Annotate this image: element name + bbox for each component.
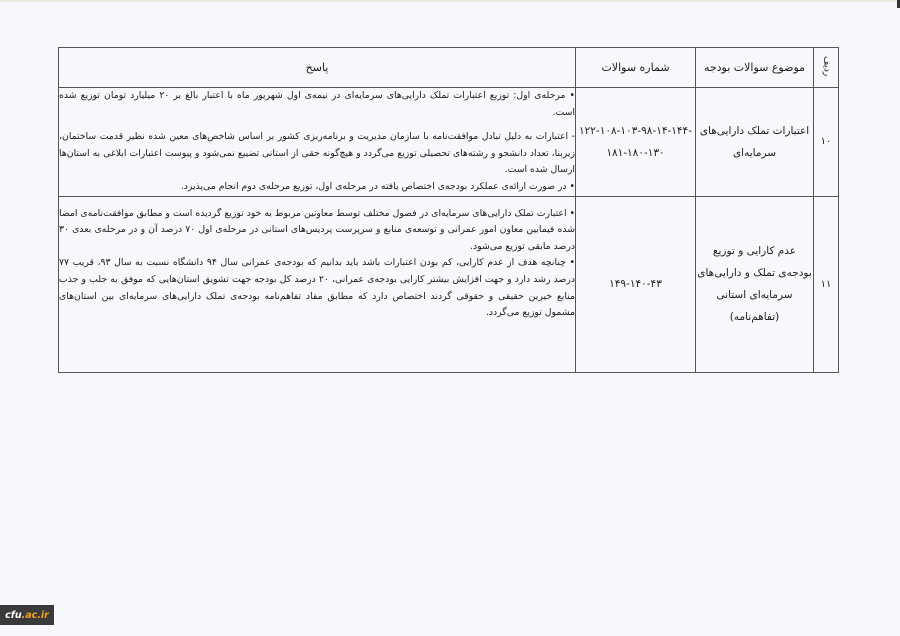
scan-top-edge <box>0 0 900 3</box>
spacer <box>59 121 575 129</box>
table-row: ۱۰ اعتبارات تملک دارایی‌های سرمایه‌ای -۱… <box>59 88 839 197</box>
row-topic: عدم کارایی و توزیع بودجه‌ی تملک و دارایی… <box>696 196 814 372</box>
header-answer: پاسخ <box>59 48 576 88</box>
logo-text-main: cfu <box>5 610 22 621</box>
budget-questions-table: ردیف موضوع سوالات بودجه شماره سوالات پاس… <box>58 47 839 373</box>
answer-paragraph: • در صورت ارائه‌ی عملکرد بودجه‌ی اختصاص … <box>59 179 575 196</box>
question-numbers-line: ۱۸۱-۱۸۰-۱۳۰ <box>576 142 695 164</box>
header-topic: موضوع سوالات بودجه <box>696 48 814 88</box>
row-index: ۱۰ <box>814 88 839 197</box>
table-row: ۱۱ عدم کارایی و توزیع بودجه‌ی تملک و دار… <box>59 196 839 372</box>
answer-paragraph: - اعتبارات به دلیل تبادل موافقت‌نامه با … <box>59 129 575 179</box>
question-numbers-line: ۱۴۹-۱۴۰-۴۳ <box>576 273 695 295</box>
logo-text-accent: .ac.ir <box>22 610 49 621</box>
row-index: ۱۱ <box>814 196 839 372</box>
header-index: ردیف <box>814 48 839 88</box>
answer-paragraph: • مرحله‌ی اول: توزیع اعتبارات تملک دارای… <box>59 88 575 121</box>
row-topic: اعتبارات تملک دارایی‌های سرمایه‌ای <box>696 88 814 197</box>
site-watermark-logo: cfu.ac.ir <box>0 605 54 625</box>
row-answer: • مرحله‌ی اول: توزیع اعتبارات تملک دارای… <box>59 88 576 197</box>
question-numbers-line: -۱۲۲-۱۰۸-۱۰۳-۹۸-۱۴-۱۴۴ <box>576 120 695 142</box>
answer-paragraph: • اعتبارت تملک دارایی‌های سرمایه‌ای در ف… <box>59 206 575 256</box>
row-question-numbers: ۱۴۹-۱۴۰-۴۳ <box>576 196 696 372</box>
header-question-numbers: شماره سوالات <box>576 48 696 88</box>
row-question-numbers: -۱۲۲-۱۰۸-۱۰۳-۹۸-۱۴-۱۴۴ ۱۸۱-۱۸۰-۱۳۰ <box>576 88 696 197</box>
table-header-row: ردیف موضوع سوالات بودجه شماره سوالات پاس… <box>59 48 839 88</box>
answer-paragraph: • چنانچه هدف از عدم کارایی، کم بودن اعتب… <box>59 255 575 321</box>
row-answer: • اعتبارت تملک دارایی‌های سرمایه‌ای در ف… <box>59 196 576 372</box>
